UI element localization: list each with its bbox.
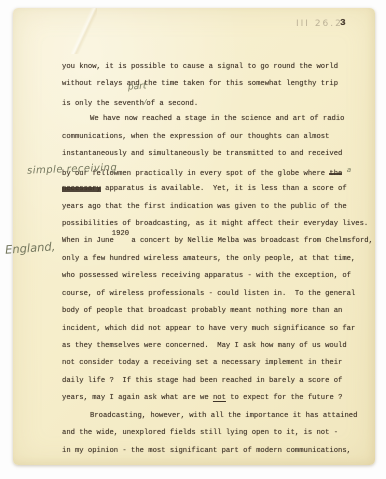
text-line: not consider today a receiving set a nec… (62, 355, 373, 372)
handwritten-part-insert: part (128, 81, 147, 92)
text-segment: without relays and the time taken for th… (62, 80, 338, 88)
text-segment: of a second. (146, 100, 198, 108)
text-line: incident, which did not appear to have v… (62, 321, 373, 338)
text-segment: 1920 (112, 230, 129, 238)
paper-crease (71, 8, 97, 54)
text-line: only a few hundred wireless amateurs, th… (62, 251, 373, 268)
text-segment: in my opinion - the most significant par… (62, 447, 351, 455)
text-line: Broadcasting, however, with all the impo… (62, 408, 373, 425)
text-segment: not consider today a receiving set a nec… (62, 359, 342, 367)
text-segment: not (213, 394, 226, 402)
text-line: and the wide, unexplored fields still ly… (62, 425, 373, 442)
text-segment: years, may I again ask what are we (62, 394, 213, 402)
text-segment: and the wide, unexplored fields still ly… (62, 429, 338, 437)
text-line: We have now reached a stage in the scien… (62, 111, 373, 128)
text-segment: instantaneously and simultaneously be tr… (62, 150, 342, 158)
text-segment: possibilities of broadcasting, as it mig… (62, 220, 368, 228)
text-segment: communications, when the expression of o… (62, 133, 329, 141)
text-line: without relays and the time taken for th… (62, 76, 373, 93)
text-line: years ago that the first indication was … (62, 199, 373, 216)
text-line: is only the seventh/of a second. (62, 94, 373, 111)
text-segment: who possessed wireless receiving apparat… (62, 272, 351, 280)
text-line: as they themselves were concerned. May I… (62, 338, 373, 355)
text-line: body of people that broadcast probably m… (62, 303, 373, 320)
text-segment: Broadcasting, however, with all the impo… (90, 412, 357, 420)
typed-text: you know, it is possible to cause a sign… (62, 59, 373, 460)
text-segment: a (347, 165, 351, 174)
text-line: communications, when the expression of o… (62, 129, 373, 146)
page-number: 3 (340, 17, 346, 28)
text-segment: necessary (62, 185, 101, 193)
text-segment: course, of wireless professionals - coul… (62, 290, 355, 298)
text-segment: only a few hundred wireless amateurs, th… (62, 255, 355, 263)
text-line: possibilities of broadcasting, as it mig… (62, 216, 373, 233)
text-line: When in June1920 a concert by Nellie Mel… (62, 233, 373, 250)
scan-background: you know, it is possible to cause a sign… (0, 0, 386, 479)
pencil-reference: III 26.2 (296, 19, 343, 29)
text-segment: We have now reached a stage in the scien… (90, 115, 344, 123)
text-segment: a concert by Nellie Melba was broadcast … (127, 237, 373, 245)
text-line: who possessed wireless receiving apparat… (62, 268, 373, 285)
text-line: instantaneously and simultaneously be tr… (62, 146, 373, 163)
text-segment: daily life ? If this stage had been reac… (62, 377, 342, 385)
text-segment: body of people that broadcast probably m… (62, 307, 342, 315)
paper: you know, it is possible to cause a sign… (13, 8, 375, 465)
text-segment: as they themselves were concerned. May I… (62, 342, 347, 350)
text-line: years, may I again ask what are we not t… (62, 390, 373, 407)
text-line: daily life ? If this stage had been reac… (62, 373, 373, 390)
text-line: in my opinion - the most significant par… (62, 443, 373, 460)
text-segment: you know, it is possible to cause a sign… (62, 63, 338, 71)
text-segment: the (329, 170, 342, 178)
text-line: necessary apparatus is available. Yet, i… (62, 181, 373, 198)
text-line: you know, it is possible to cause a sign… (62, 59, 373, 76)
text-line: course, of wireless professionals - coul… (62, 286, 373, 303)
text-segment: When in June (62, 237, 114, 245)
text-segment: years ago that the first indication was … (62, 203, 347, 211)
text-segment: is only the seventh (62, 100, 144, 108)
text-segment: incident, which did not appear to have v… (62, 325, 355, 333)
text-segment: apparatus is available. Yet, it is less … (101, 185, 347, 193)
text-segment: to expect for the future ? (226, 394, 342, 402)
